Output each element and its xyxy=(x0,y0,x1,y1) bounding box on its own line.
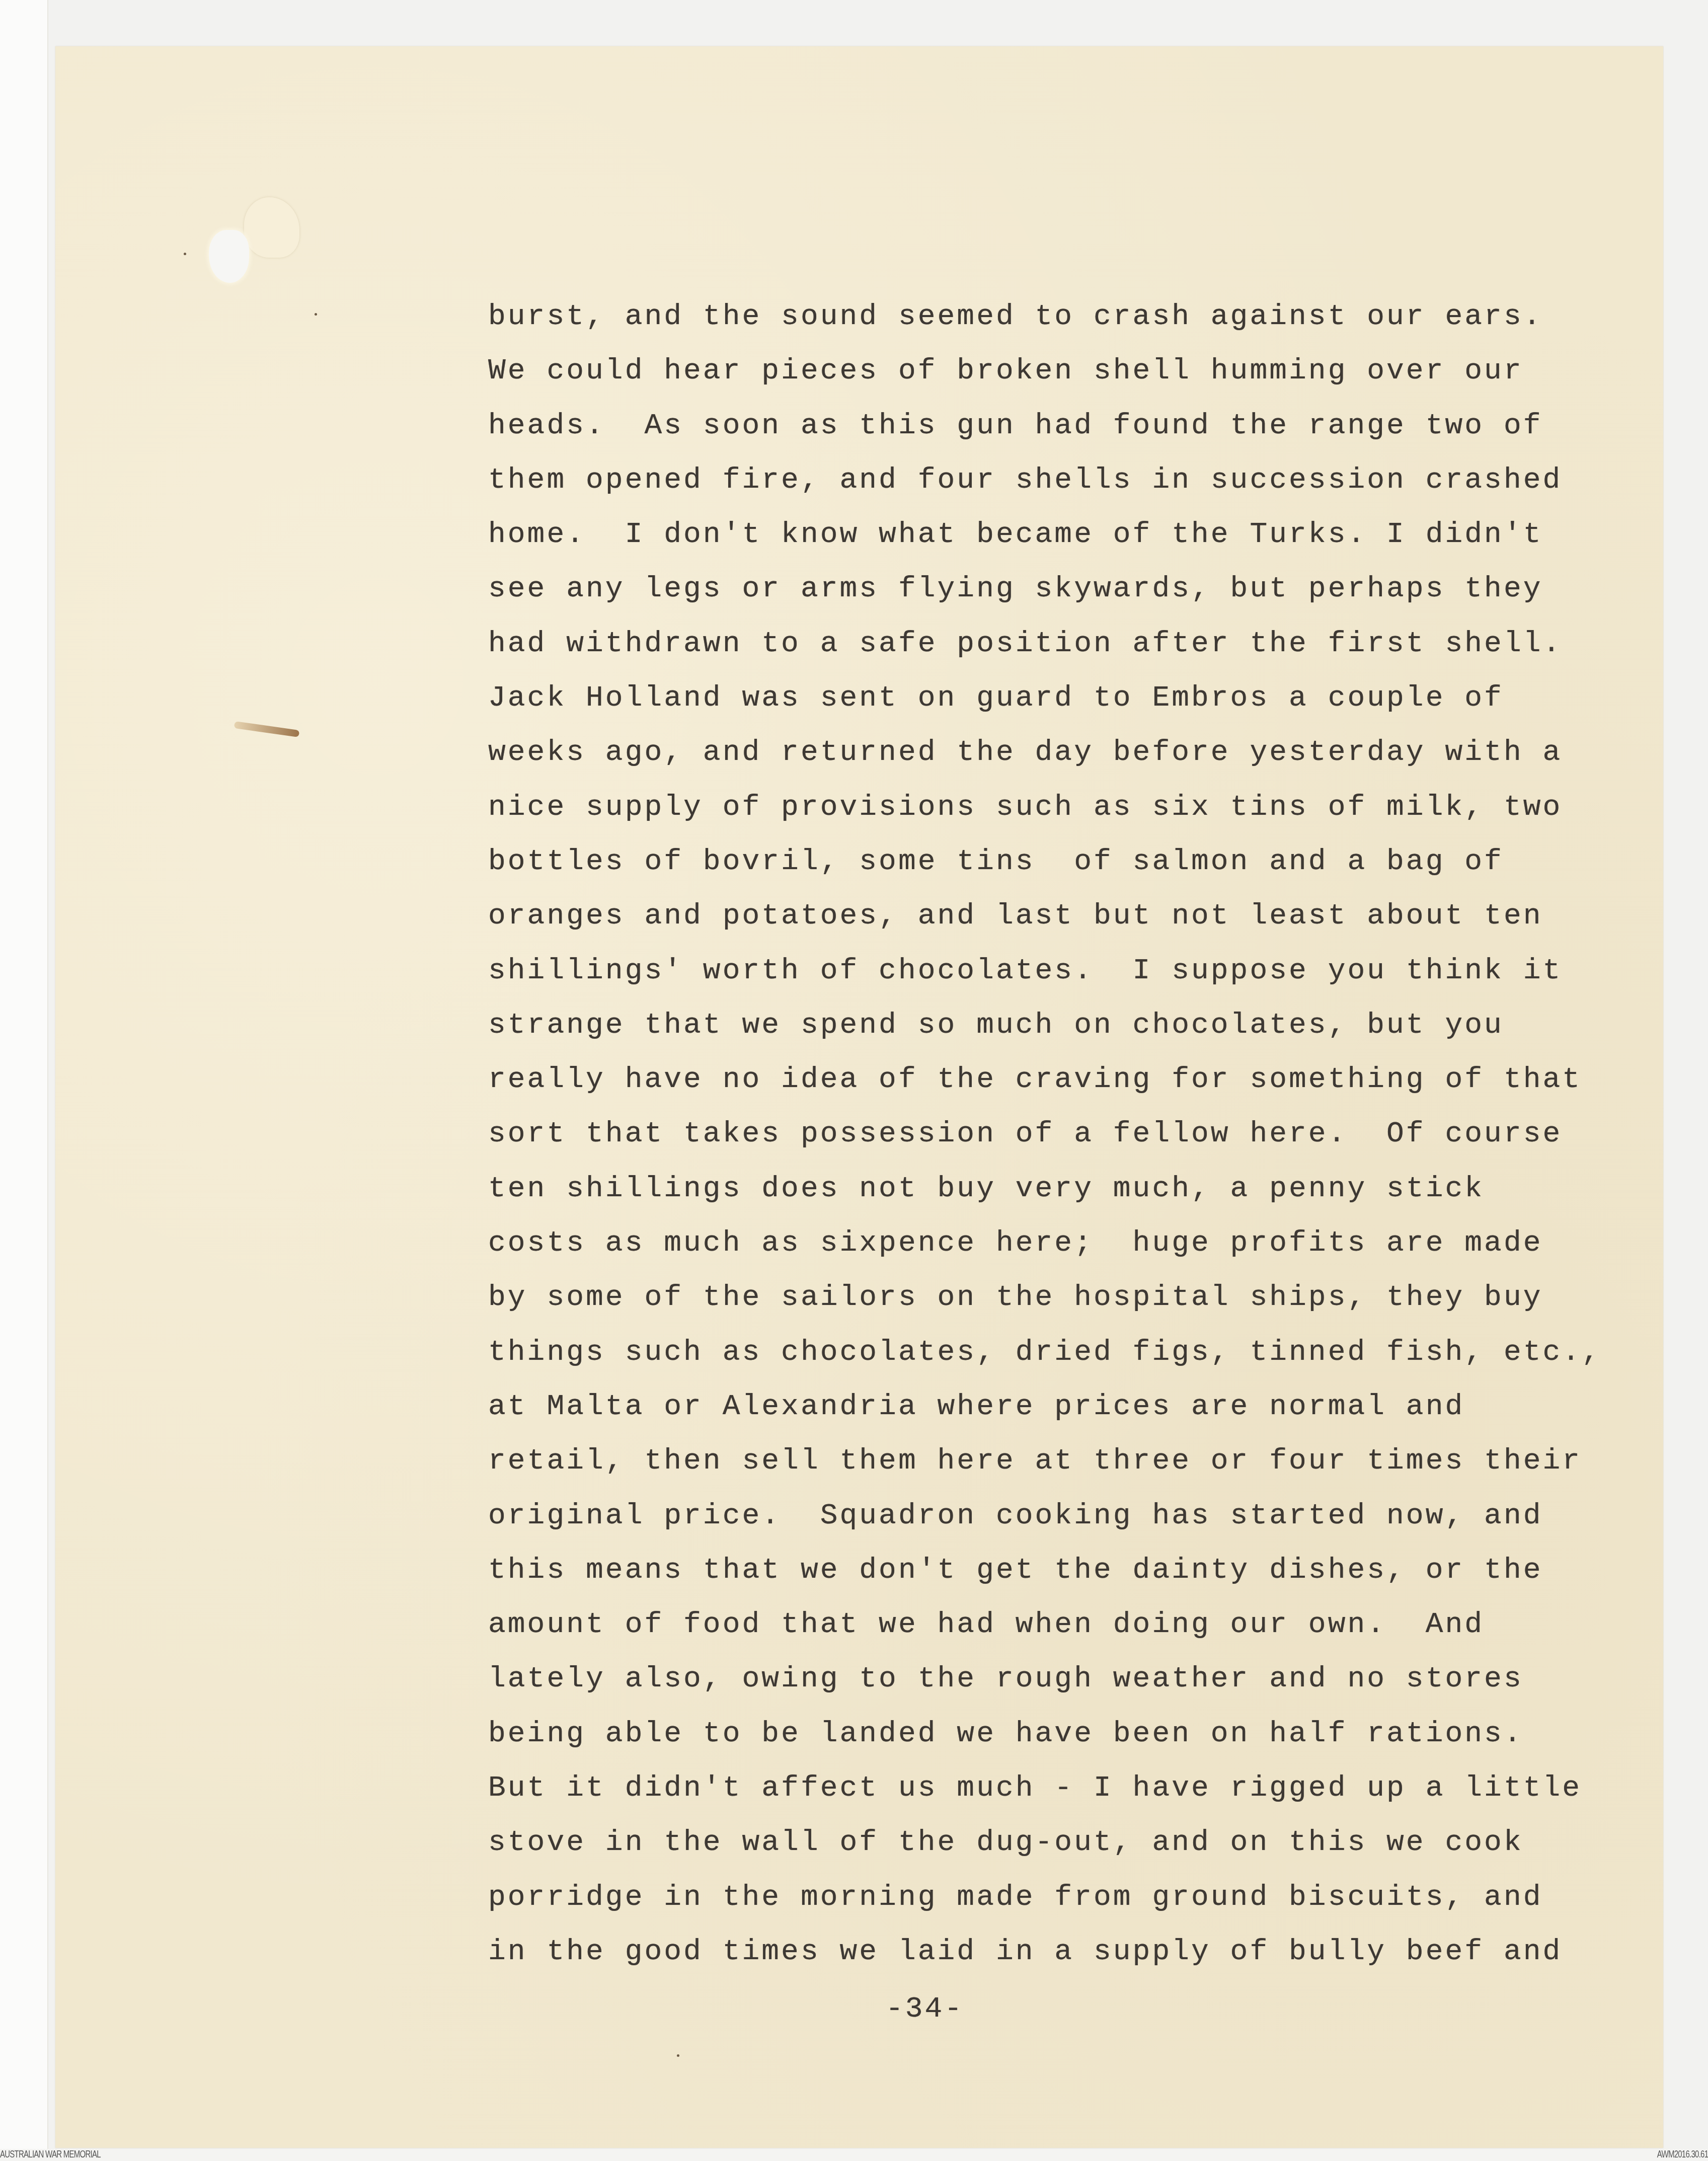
page-number: -34- xyxy=(886,1993,964,2026)
archive-credit: AUSTRALIAN WAR MEMORIAL xyxy=(0,2149,101,2160)
text-line: oranges and potatoes, and last but not l… xyxy=(488,901,1646,956)
text-line: lately also, owing to the rough weather … xyxy=(488,1664,1646,1719)
text-line: burst, and the sound seemed to crash aga… xyxy=(488,302,1646,356)
text-line: weeks ago, and returned the day before y… xyxy=(488,738,1646,792)
text-line: bottles of bovril, some tins of salmon a… xyxy=(488,847,1646,901)
paper-speck xyxy=(677,2054,679,2057)
text-line: home. I don't know what became of the Tu… xyxy=(488,520,1646,574)
text-line: in the good times we laid in a supply of… xyxy=(488,1937,1646,1991)
paper-speck xyxy=(184,253,186,255)
text-line: retail, then sell them here at three or … xyxy=(488,1446,1646,1501)
text-line: at Malta or Alexandria where prices are … xyxy=(488,1392,1646,1446)
text-line: them opened fire, and four shells in suc… xyxy=(488,466,1646,520)
text-line: stove in the wall of the dug-out, and on… xyxy=(488,1828,1646,1882)
text-line: shillings' worth of chocolates. I suppos… xyxy=(488,956,1646,1011)
text-line: amount of food that we had when doing ou… xyxy=(488,1610,1646,1664)
paper-speck xyxy=(315,313,317,316)
text-line: strange that we spend so much on chocola… xyxy=(488,1011,1646,1065)
text-line: heads. As soon as this gun had found the… xyxy=(488,411,1646,466)
text-line: ten shillings does not buy very much, a … xyxy=(488,1174,1646,1228)
text-line: But it didn't affect us much - I have ri… xyxy=(488,1773,1646,1828)
text-line: porridge in the morning made from ground… xyxy=(488,1883,1646,1937)
text-line: nice supply of provisions such as six ti… xyxy=(488,793,1646,847)
letter-body: burst, and the sound seemed to crash aga… xyxy=(488,302,1646,1991)
ink-smudge xyxy=(234,721,300,737)
archive-reference: AWM2016.30.61 xyxy=(1657,2149,1708,2160)
text-line: original price. Squadron cooking has sta… xyxy=(488,1501,1646,1556)
text-line: see any legs or arms flying skywards, bu… xyxy=(488,574,1646,629)
paper-tear-mark xyxy=(244,197,299,258)
punch-hole xyxy=(209,230,249,283)
text-line: really have no idea of the craving for s… xyxy=(488,1065,1646,1119)
text-line: had withdrawn to a safe position after t… xyxy=(488,629,1646,683)
text-line: by some of the sailors on the hospital s… xyxy=(488,1283,1646,1337)
text-line: costs as much as sixpence here; huge pro… xyxy=(488,1228,1646,1283)
text-line: We could hear pieces of broken shell hum… xyxy=(488,356,1646,411)
scanner-edge-strip xyxy=(0,0,48,2149)
text-line: this means that we don't get the dainty … xyxy=(488,1556,1646,1610)
text-line: things such as chocolates, dried figs, t… xyxy=(488,1338,1646,1392)
text-line: sort that takes possession of a fellow h… xyxy=(488,1119,1646,1174)
text-line: Jack Holland was sent on guard to Embros… xyxy=(488,683,1646,738)
text-line: being able to be landed we have been on … xyxy=(488,1719,1646,1773)
